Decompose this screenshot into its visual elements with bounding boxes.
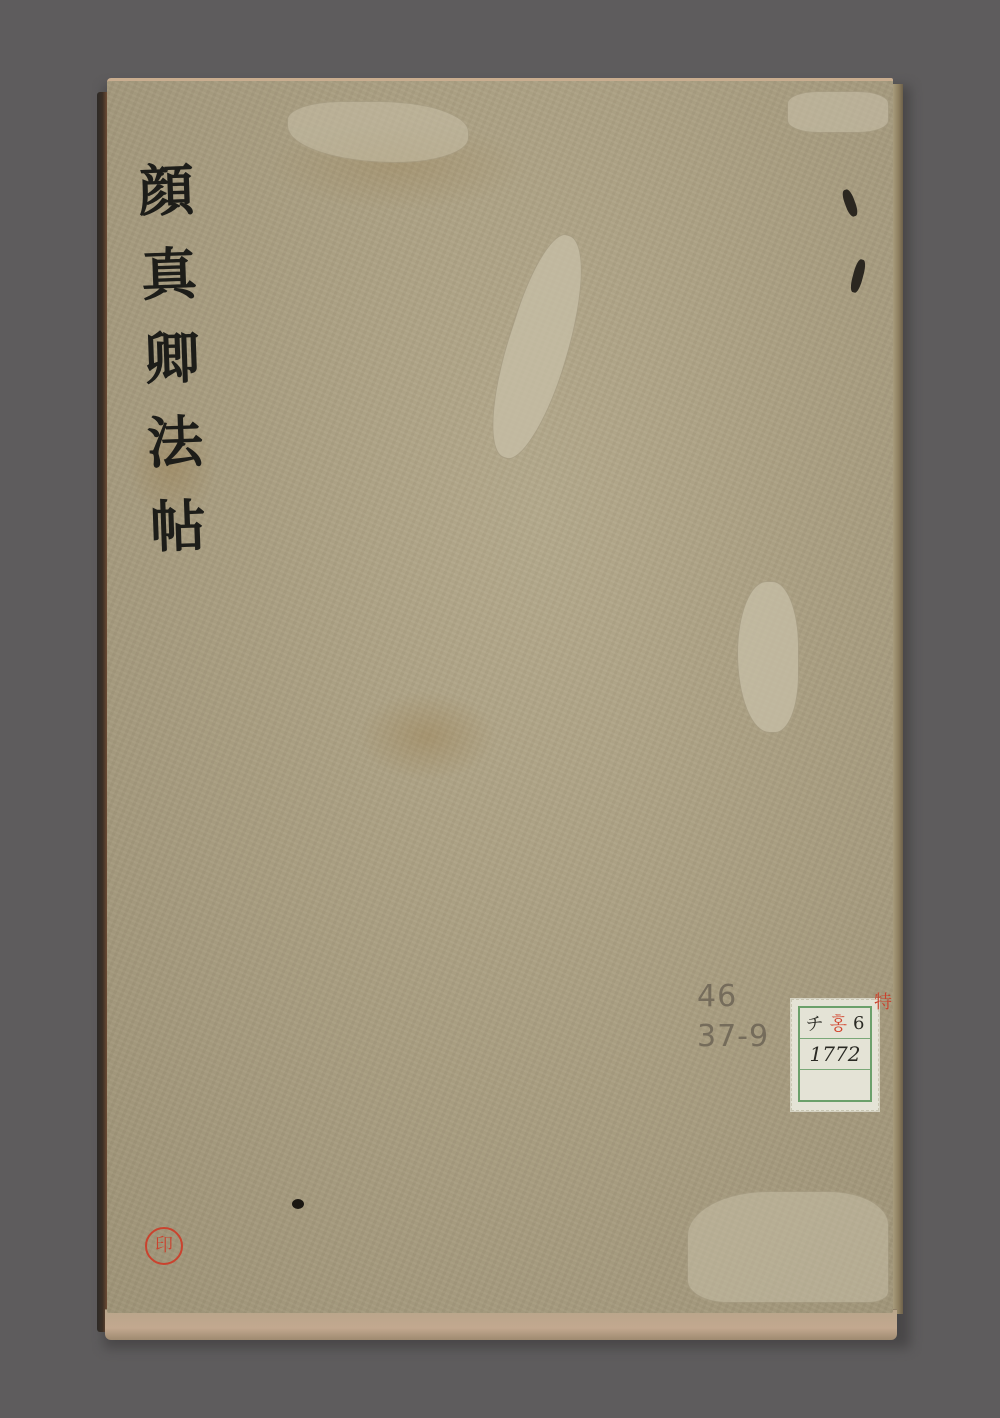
label-corner-mark: 特 [874, 988, 892, 1014]
worn-patch [787, 91, 889, 133]
title-char: 顔 [137, 148, 196, 234]
label-row-classification: チ 홍 6 [800, 1008, 870, 1039]
label-suffix: 6 [853, 1013, 864, 1034]
cover-title: 顔 真 卿 法 帖 [130, 148, 215, 570]
page-edge-bottom [105, 1309, 897, 1340]
pencil-note-line1: 46 [697, 977, 769, 1017]
label-row-number: 1772 [800, 1039, 870, 1070]
library-label: 特 チ 홍 6 1772 [791, 999, 879, 1111]
book-cover: 顔 真 卿 法 帖 46 37-9 特 チ 홍 6 1772 [107, 78, 893, 1313]
red-seal-stamp: 印 [145, 1227, 183, 1265]
title-char: 帖 [148, 484, 207, 570]
title-char: 法 [145, 400, 204, 486]
label-prefix: チ [806, 1010, 824, 1036]
label-red-mark: 홍 [830, 1010, 847, 1036]
book: 顔 真 卿 法 帖 46 37-9 特 チ 홍 6 1772 [97, 78, 903, 1340]
page-edge-right [893, 84, 903, 1314]
pencil-note-line2: 37-9 [697, 1017, 769, 1057]
title-char: 真 [140, 232, 199, 318]
title-char: 卿 [143, 316, 202, 402]
seal-text: 印 [155, 1235, 173, 1256]
water-stain [357, 691, 497, 781]
ink-blot [292, 1199, 304, 1209]
worn-patch [737, 581, 799, 733]
worn-patch [687, 1191, 889, 1303]
pencil-notes: 46 37-9 [697, 977, 769, 1057]
label-number: 1772 [810, 1042, 861, 1066]
label-row-empty [800, 1070, 870, 1102]
label-frame: チ 홍 6 1772 [798, 1006, 872, 1102]
